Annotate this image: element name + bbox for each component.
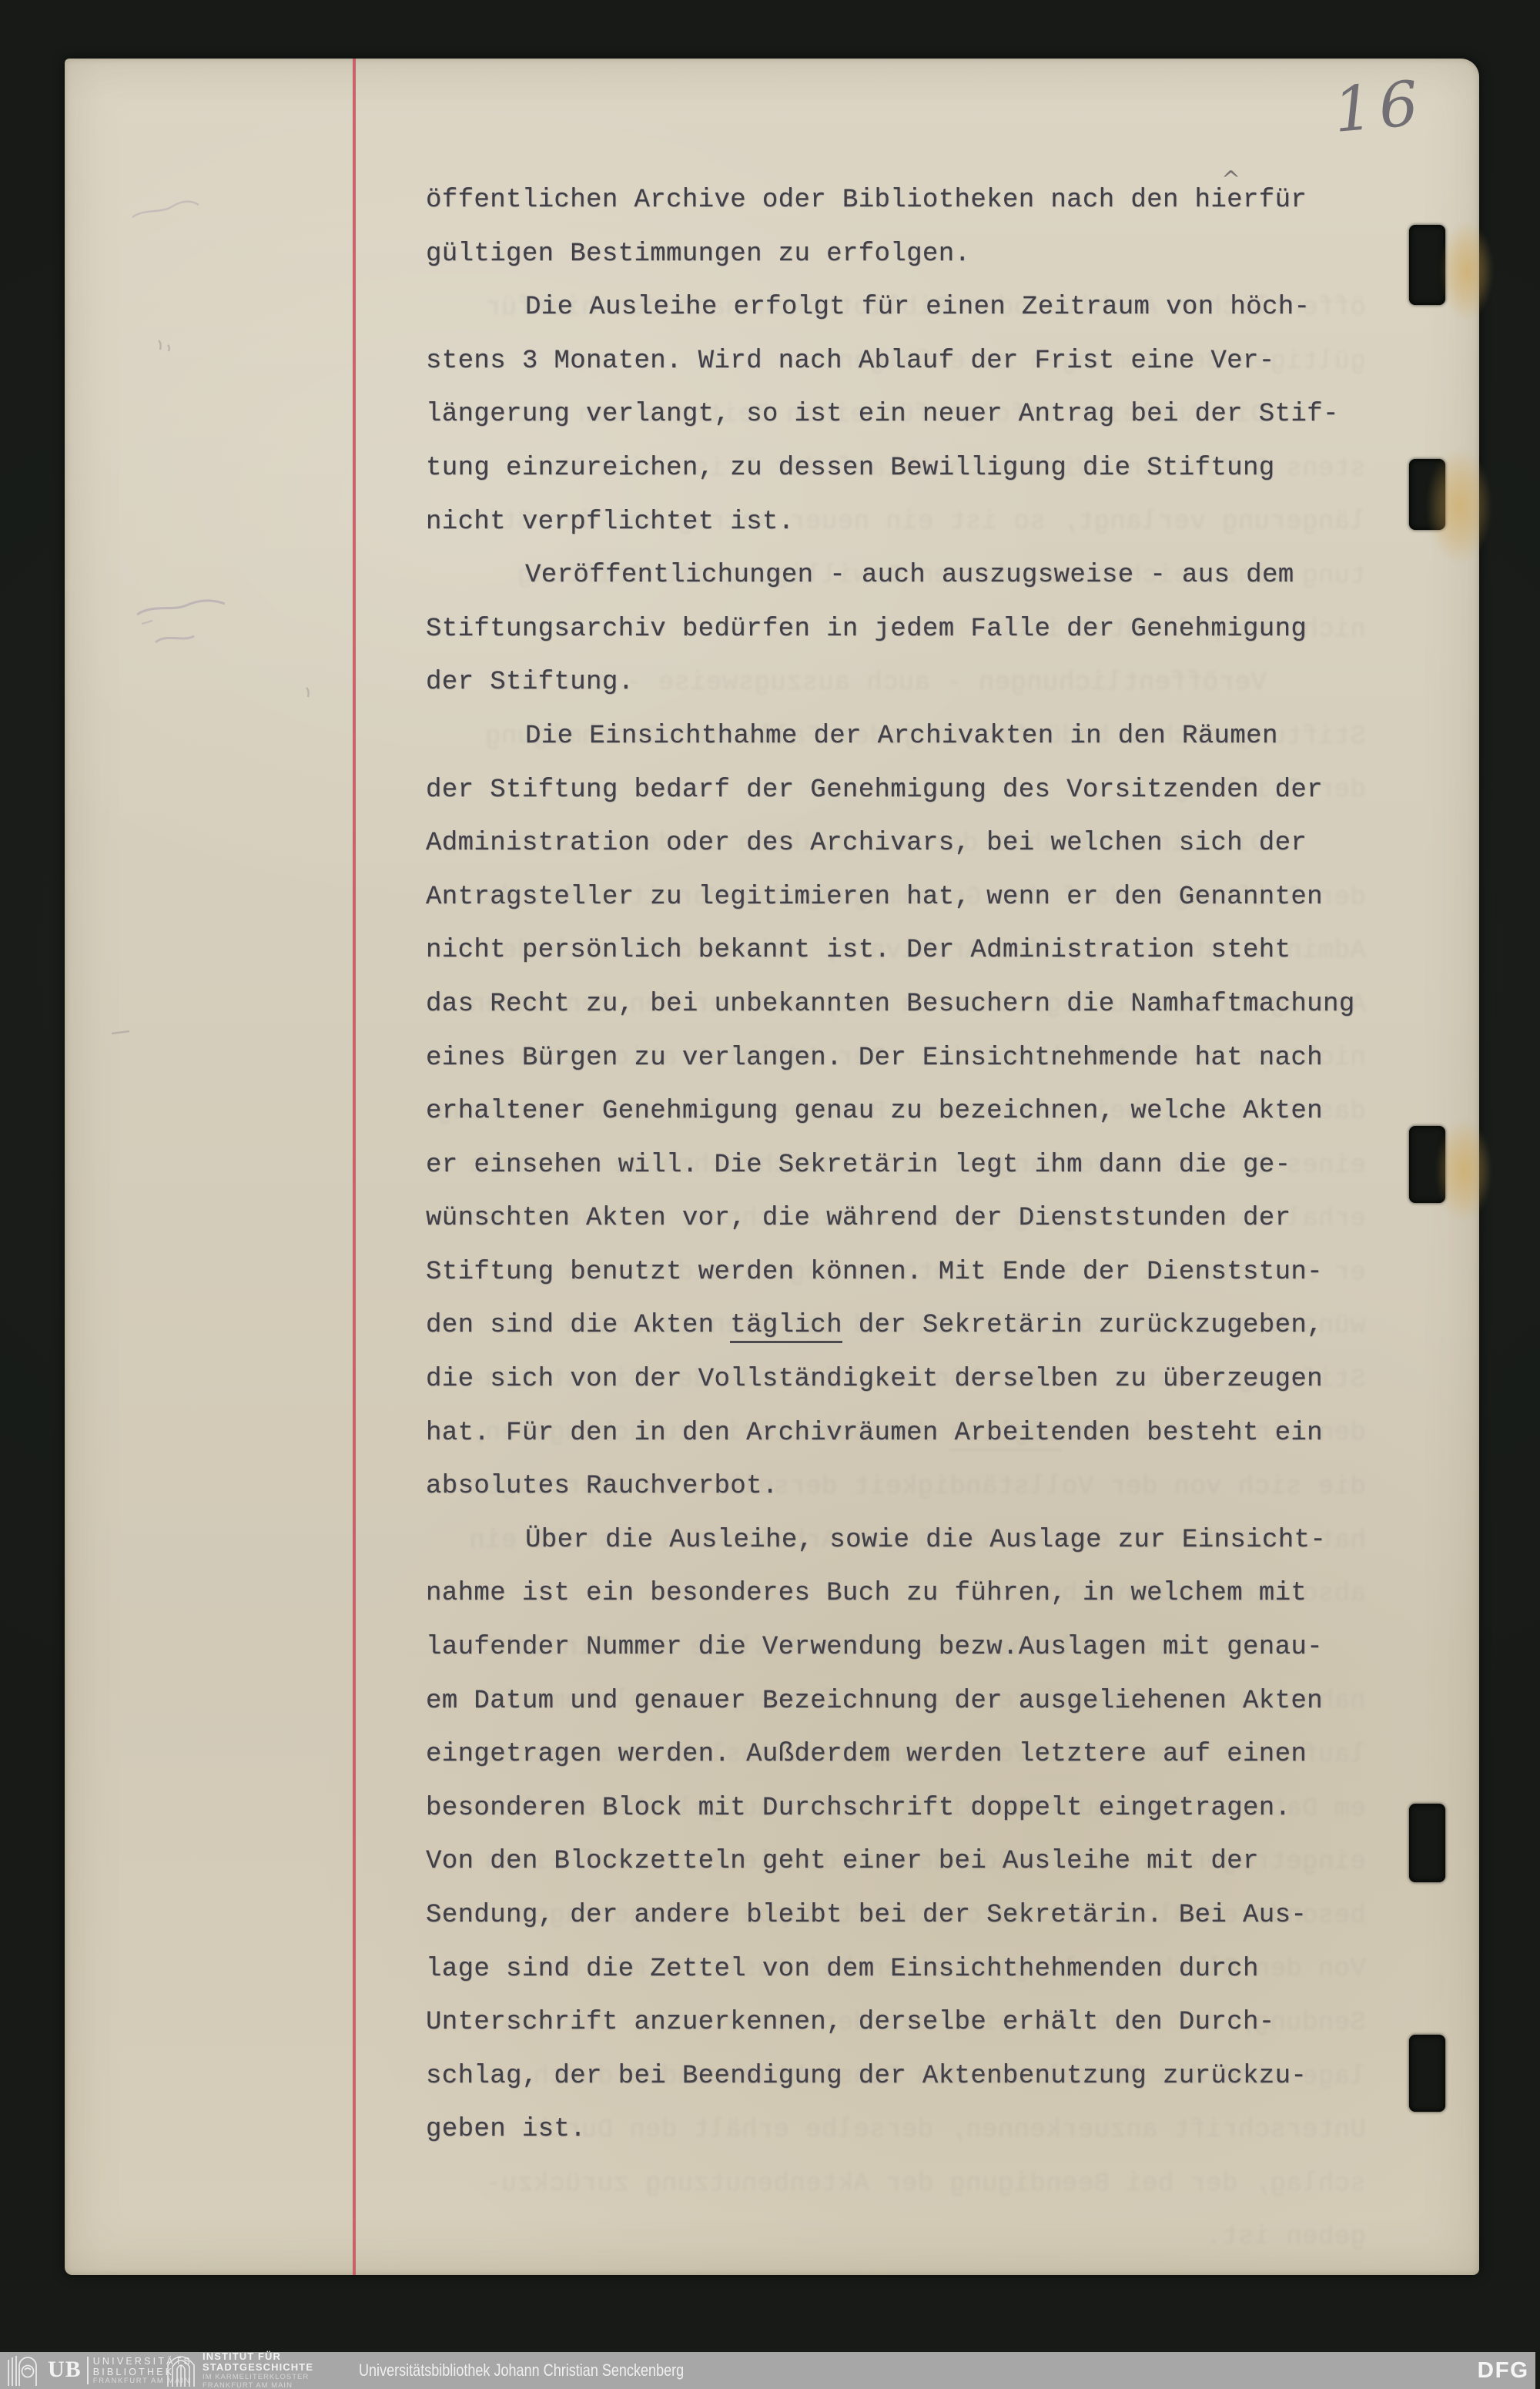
scan-viewer: { "scan": { "handwritten_page_number": "… [0,0,1540,2389]
text-line: der Stiftung bedarf der Genehmigung des … [426,764,1404,818]
text-line: längerung verlangt, so ist ein neuer Ant… [426,388,1404,442]
institut-arch-icon [166,2354,196,2387]
text-line: Unterschrift anzuerkennen, derselbe erhä… [426,1996,1404,2050]
text-line: nicht verpflichtet ist. [426,496,1404,550]
text-line: Von den Blockzetteln geht einer bei Ausl… [426,1835,1404,1889]
text-line: stens 3 Monaten. Wird nach Ablauf der Fr… [426,335,1404,389]
pencil-scribble [129,194,200,230]
text-line: absolutes Rauchverbot. [426,1460,1404,1514]
text-line: geben ist. [426,2103,1404,2157]
text-line: Stiftungsarchiv bedürfen in jedem Falle … [426,603,1404,657]
institut-logo-line: STADTGESCHICHTE [203,2362,313,2374]
text-line: gültigen Bestimmungen zu erfolgen. [426,228,1404,282]
text-line: Veröffentlichungen - auch auszugsweise -… [426,549,1404,603]
pencil-comma-mark [154,337,174,354]
text-line: den sind die Akten täglich der Sekretäri… [426,1299,1404,1353]
text-line: er einsehen will. Die Sekretärin legt ih… [426,1139,1404,1193]
text-line: hat. Für den in den Archivräumen Arbeite… [426,1407,1404,1461]
text-line: der Stiftung. [426,656,1404,710]
pencil-dash-mark [109,1027,132,1038]
binding-hole [1409,2035,1445,2112]
text-line: besonderen Block mit Durchschrift doppel… [426,1782,1404,1836]
dfg-logo: DFG [1478,2352,1529,2389]
institut-logo-line: IM KARMELITERKLOSTER [203,2374,313,2382]
pencil-comma-mark [300,685,317,699]
text-line: Über die Ausleihe, sowie die Auslage zur… [426,1514,1404,1568]
text-line: eines Bürgen zu verlangen. Der Einsichtn… [426,1032,1404,1086]
text-line: nicht persönlich bekannt ist. Der Admini… [426,924,1404,978]
text-line: Die Einsichthahme der Archivakten in den… [426,710,1404,764]
text-line: das Recht zu, bei unbekannten Besuchern … [426,978,1404,1032]
institut-logo: INSTITUT FÜR STADTGESCHICHTE IM KARMELIT… [166,2352,313,2389]
text-line: laufender Nummer die Verwendung bezw.Aus… [426,1621,1404,1675]
text-line: Sendung, der andere bleibt bei der Sekre… [426,1889,1404,1943]
text-line: tung einzureichen, zu dessen Bewilligung… [426,442,1404,496]
tape-stain [1426,448,1492,564]
text-line: Antragsteller zu legitimieren hat, wenn … [426,871,1404,925]
handwritten-page-number: 16 [1331,67,1427,146]
footer-bar: UB UNIVERSITÄTS BIBLIOTHEK FRANKFURT AM … [0,2352,1535,2389]
text-line: schlag, der bei Beendigung der Aktenbenu… [426,2050,1404,2104]
library-attribution: Universitätsbibliothek Johann Christian … [359,2352,684,2389]
ub-building-icon [6,2354,42,2387]
scanned-paper-page: 16 ^ öffentlichen Archive oder Bibliothe… [65,59,1479,2275]
institut-logo-line: FRANKFURT AM MAIN [203,2382,313,2389]
tape-stain [1435,1120,1492,1221]
text-line: die sich von der Vollständigkeit derselb… [426,1353,1404,1407]
text-line: schlag, der bei Beendigung der Aktenbenu… [388,2158,1366,2212]
tape-stain [1440,222,1494,320]
text-line: Die Ausleihe erfolgt für einen Zeitraum … [426,281,1404,335]
typewritten-text: öffentlichen Archive oder Bibliotheken n… [426,174,1404,2157]
ub-logo: UB UNIVERSITÄTS BIBLIOTHEK FRANKFURT AM … [6,2352,192,2389]
institut-logo-line: INSTITUT FÜR [203,2351,313,2363]
text-line: geben ist. [388,2211,1366,2265]
red-margin-line [353,59,356,2275]
text-line: eingetragen werden. Außderdem werden let… [426,1728,1404,1782]
ub-abbr: UB [46,2357,89,2384]
text-line: erhaltener Genehmigung genau zu bezeichn… [426,1085,1404,1139]
text-line: öffentlichen Archive oder Bibliotheken n… [426,174,1404,228]
text-line: Administration oder des Archivars, bei w… [426,817,1404,871]
binding-hole [1409,1804,1445,1882]
text-line: Stiftung benutzt werden können. Mit Ende… [426,1246,1404,1300]
text-line: lage sind die Zettel von dem Einsichtheh… [426,1943,1404,1997]
text-line: em Datum und genauer Bezeichnung der aus… [426,1675,1404,1729]
text-line: wünschten Akten vor, die während der Die… [426,1192,1404,1246]
text-line: nahme ist ein besonderes Buch zu führen,… [426,1567,1404,1621]
institut-logo-text: INSTITUT FÜR STADTGESCHICHTE IM KARMELIT… [203,2351,313,2389]
pencil-scribble [132,588,229,668]
